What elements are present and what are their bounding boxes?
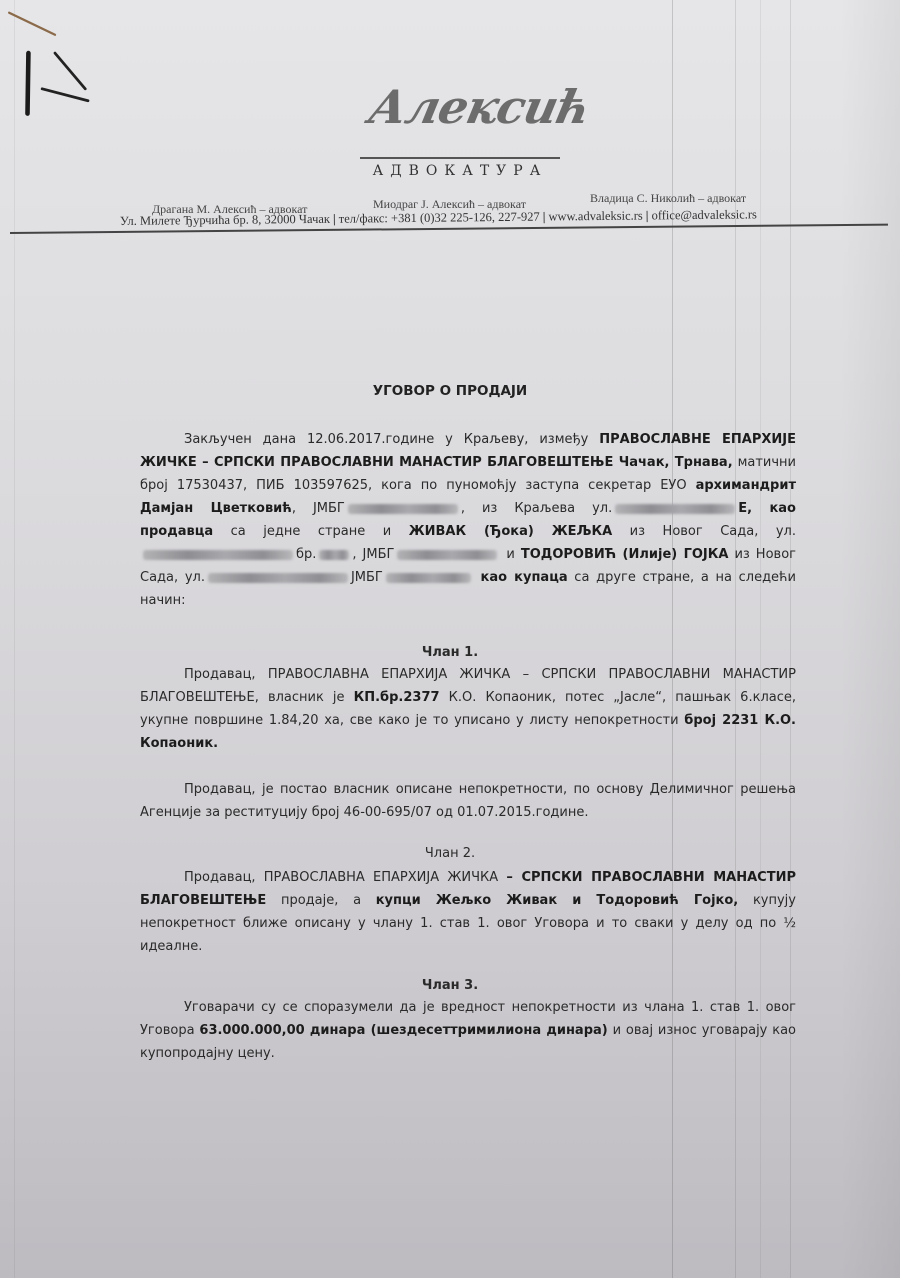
scanned-page: Алексић АДВОКАТУРА Драгана М. Алексић – …: [0, 0, 900, 1278]
redacted-number: [319, 550, 349, 560]
article-1-paragraph-1: Продавац, ПРАВОСЛАВНА ЕПАРХИЈА ЖИЧКА – С…: [140, 663, 796, 755]
logo-rule: [360, 157, 560, 159]
parcel-number: КП.бр.2377: [354, 690, 440, 705]
text: ЈМБГ: [351, 570, 383, 585]
scan-streak: [760, 0, 761, 1278]
document-title: УГОВОР О ПРОДАЈИ: [0, 383, 900, 399]
redacted-jmbg: [386, 573, 471, 583]
buyer-2-name: ТОДОРОВИЋ (Илије) ГОЈКА: [521, 547, 729, 562]
website-link: www.advaleksic.rs: [548, 209, 642, 224]
redacted-address: [208, 573, 348, 583]
redacted-address: [143, 550, 293, 560]
text: из Новог Сада, ул.: [612, 524, 796, 539]
article-3-paragraph: Уговарачи су се споразумели да је вредно…: [140, 996, 796, 1065]
article-1-paragraph-2: Продавац, је постао власник описане непо…: [140, 778, 796, 824]
text: Закључен дана 12.06.2017.године у Краљев…: [184, 432, 599, 447]
intro-paragraph: Закључен дана 12.06.2017.године у Краљев…: [140, 428, 796, 612]
article-2-heading: Члан 2.: [0, 846, 900, 861]
text: Продавац, ПРАВОСЛАВНА ЕПАРХИЈА ЖИЧКА: [184, 870, 506, 885]
text: , ЈМБГ: [352, 547, 394, 562]
separator: |: [643, 208, 652, 222]
purchase-price: 63.000.000,00 динара (шездесеттримилиона…: [199, 1023, 607, 1038]
logo-subtitle: АДВОКАТУРА: [355, 163, 565, 179]
text: , из Краљева ул.: [461, 501, 612, 516]
text: бр.: [296, 547, 316, 562]
article-1-heading: Члан 1.: [0, 645, 900, 660]
article-3-heading: Члан 3.: [0, 978, 900, 993]
buyer-1-name: ЖИВАК (Ђока) ЖЕЉКА: [409, 524, 612, 539]
handwritten-mark-icon: [0, 0, 110, 130]
separator: |: [330, 212, 339, 226]
buyers-names: купци Жељко Живак и Тодоровић Гојко,: [376, 893, 739, 908]
email-link: office@advaleksic.rs: [651, 207, 756, 222]
redacted-jmbg: [348, 504, 458, 514]
firm-logo: Алексић: [370, 80, 570, 134]
redacted-address: [615, 504, 735, 514]
page-shadow: [840, 0, 900, 1278]
phone: тел/факс: +381 (0)32 225-126, 227-927: [339, 210, 540, 226]
scan-streak: [14, 0, 15, 1278]
text: са једне стране и: [213, 524, 409, 539]
logo-script: Алексић: [364, 80, 595, 134]
text: Продавац, је постао власник описане непо…: [140, 782, 796, 820]
redacted-jmbg: [397, 550, 497, 560]
address: Ул. Милете Ђурчића бр. 8, 32000 Чачак: [120, 212, 330, 228]
text: продаје, а: [266, 893, 375, 908]
text: , ЈМБГ: [292, 501, 345, 516]
text: и: [500, 547, 520, 562]
article-2-paragraph: Продавац, ПРАВОСЛАВНА ЕПАРХИЈА ЖИЧКА – С…: [140, 866, 796, 958]
role-buyers: као купаца: [481, 570, 568, 585]
lawyer-name: Владица С. Николић – адвокат: [590, 191, 746, 206]
scan-streak: [790, 0, 791, 1278]
